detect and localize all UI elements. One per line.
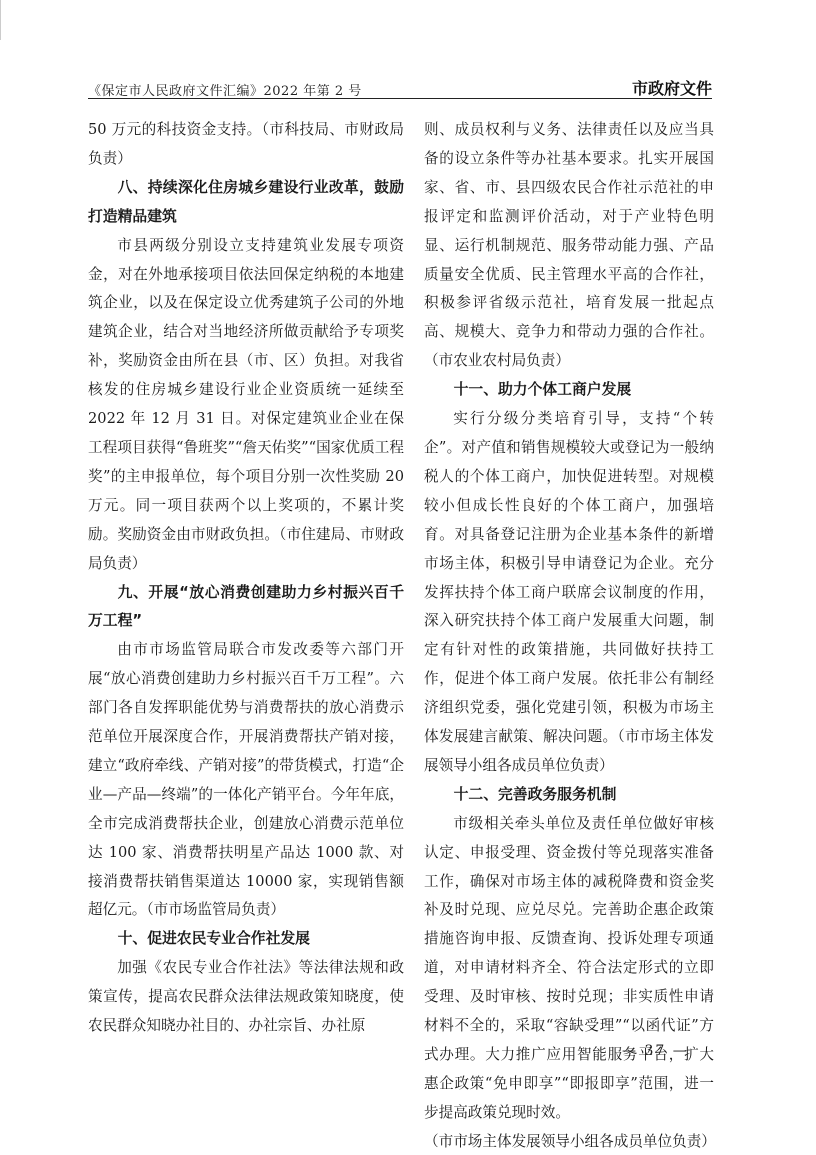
publication-title: 《保定市人民政府文件汇编》2022 年第 2 号 (88, 80, 362, 99)
scan-edge (0, 0, 1, 40)
section-heading-11: 十一、助力个体工商户发展 (424, 376, 714, 405)
running-header: 《保定市人民政府文件汇编》2022 年第 2 号 市政府文件 (88, 76, 712, 98)
paragraph: 由市市场监管局联合市发改委等六部门开展“放心消费创建助力乡村振兴百千万工程”。六… (88, 636, 404, 925)
section-heading-10: 十、促进农民专业合作社发展 (88, 925, 404, 954)
paragraph: （市市场主体发展领导小组各成员单位负责） (424, 1128, 714, 1155)
section-heading-12: 十二、完善政务服务机制 (424, 781, 714, 810)
section-label: 市政府文件 (632, 76, 712, 99)
section-heading-9: 九、开展“放心消费创建助力乡村振兴百千万工程” (88, 579, 404, 637)
header-rule (88, 98, 712, 99)
paragraph: 50 万元的科技资金支持。（市科技局、市财政局负责） (88, 116, 404, 174)
paragraph: 市县两级分别设立支持建筑业发展专项资金，对在外地承接项目依法回保定纳税的本地建筑… (88, 232, 404, 579)
right-column: 则、成员权利与义务、法律责任以及应当具备的设立条件等办社基本要求。扎实开展国家、… (424, 116, 714, 1155)
paragraph: 实行分级分类培育引导，支持“个转企”。对产值和销售规模较大或登记为一般纳税人的个… (424, 405, 714, 781)
section-heading-8: 八、持续深化住房城乡建设行业改革，鼓励打造精品建筑 (88, 174, 404, 232)
left-column: 50 万元的科技资金支持。（市科技局、市财政局负责） 八、持续深化住房城乡建设行… (88, 116, 404, 1041)
paragraph: 则、成员权利与义务、法律责任以及应当具备的设立条件等办社基本要求。扎实开展国家、… (424, 116, 714, 376)
paragraph: 市级相关牵头单位及责任单位做好审核认定、申报受理、资金拨付等兑现落实准备工作，确… (424, 810, 714, 1128)
paragraph: 加强《农民专业合作社法》等法律法规和政策宣传，提高农民群众法律法规政策知晓度，使… (88, 954, 404, 1041)
page-number: — 37 — (622, 1043, 689, 1059)
